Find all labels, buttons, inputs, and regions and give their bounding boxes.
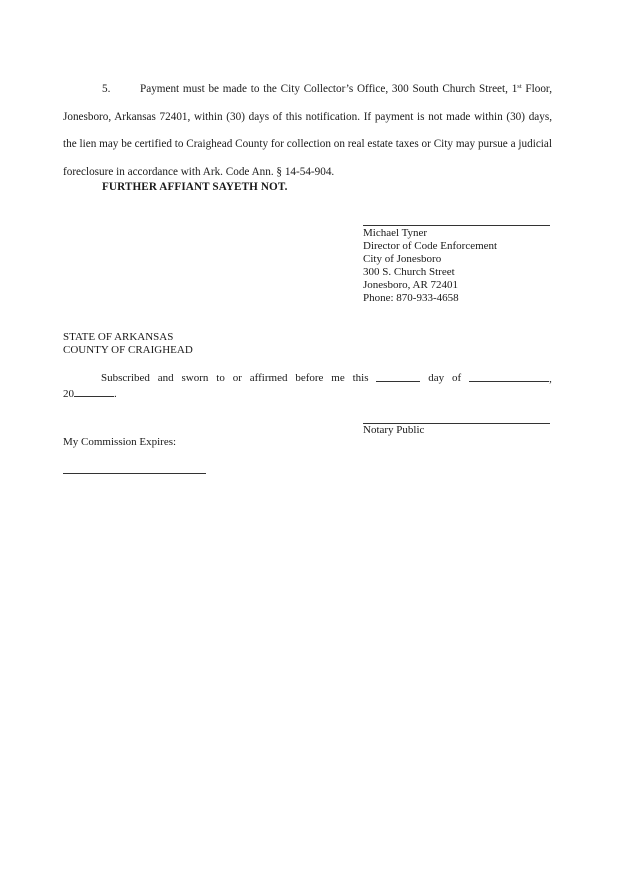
paragraph-text-a: Payment must be made to the City Collect… bbox=[140, 83, 517, 95]
venue-block: STATE OF ARKANSAS COUNTY OF CRAIGHEAD bbox=[63, 331, 193, 357]
jurat-word: this bbox=[353, 371, 369, 386]
signature-line bbox=[363, 225, 550, 226]
jurat: Subscribed and sworn to or affirmed befo… bbox=[63, 371, 552, 401]
month-blank-group: , bbox=[469, 371, 552, 386]
jurat-line-1: Subscribed and sworn to or affirmed befo… bbox=[63, 371, 552, 386]
jurat-word: me bbox=[331, 371, 344, 386]
signatory-address-line2: Jonesboro, AR 72401 bbox=[363, 279, 497, 292]
signatory-address-line1: 300 S. Church Street bbox=[363, 266, 497, 279]
commission-expiry-line bbox=[63, 473, 206, 474]
notary-public-label: Notary Public bbox=[363, 424, 424, 436]
paragraph-5: 5.Payment must be made to the City Colle… bbox=[63, 76, 552, 186]
venue-county: COUNTY OF CRAIGHEAD bbox=[63, 344, 193, 357]
year-suffix: . bbox=[114, 388, 117, 400]
day-blank[interactable] bbox=[376, 371, 420, 382]
document-page: 5.Payment must be made to the City Colle… bbox=[0, 0, 620, 876]
year-blank[interactable] bbox=[74, 386, 114, 397]
affiant-statement: FURTHER AFFIANT SAYETH NOT. bbox=[102, 181, 287, 193]
jurat-word: and bbox=[158, 371, 174, 386]
commission-expires-label: My Commission Expires: bbox=[63, 436, 176, 448]
jurat-word: or bbox=[233, 371, 242, 386]
jurat-word: day bbox=[428, 371, 444, 386]
signatory-title: Director of Code Enforcement bbox=[363, 240, 497, 253]
jurat-word: Subscribed bbox=[101, 371, 150, 386]
signatory-name: Michael Tyner bbox=[363, 227, 497, 240]
signatory-block: Michael Tyner Director of Code Enforceme… bbox=[363, 227, 497, 306]
month-blank[interactable] bbox=[469, 371, 549, 382]
jurat-word: to bbox=[216, 371, 225, 386]
venue-state: STATE OF ARKANSAS bbox=[63, 331, 193, 344]
signatory-phone: Phone: 870-933-4658 bbox=[363, 292, 497, 305]
jurat-word: before bbox=[295, 371, 323, 386]
paragraph-number: 5. bbox=[102, 76, 140, 104]
jurat-word: sworn bbox=[182, 371, 209, 386]
jurat-word: affirmed bbox=[250, 371, 288, 386]
signatory-organization: City of Jonesboro bbox=[363, 253, 497, 266]
jurat-word: of bbox=[452, 371, 461, 386]
jurat-line-2: 20. bbox=[63, 386, 552, 401]
year-prefix: 20 bbox=[63, 388, 74, 400]
